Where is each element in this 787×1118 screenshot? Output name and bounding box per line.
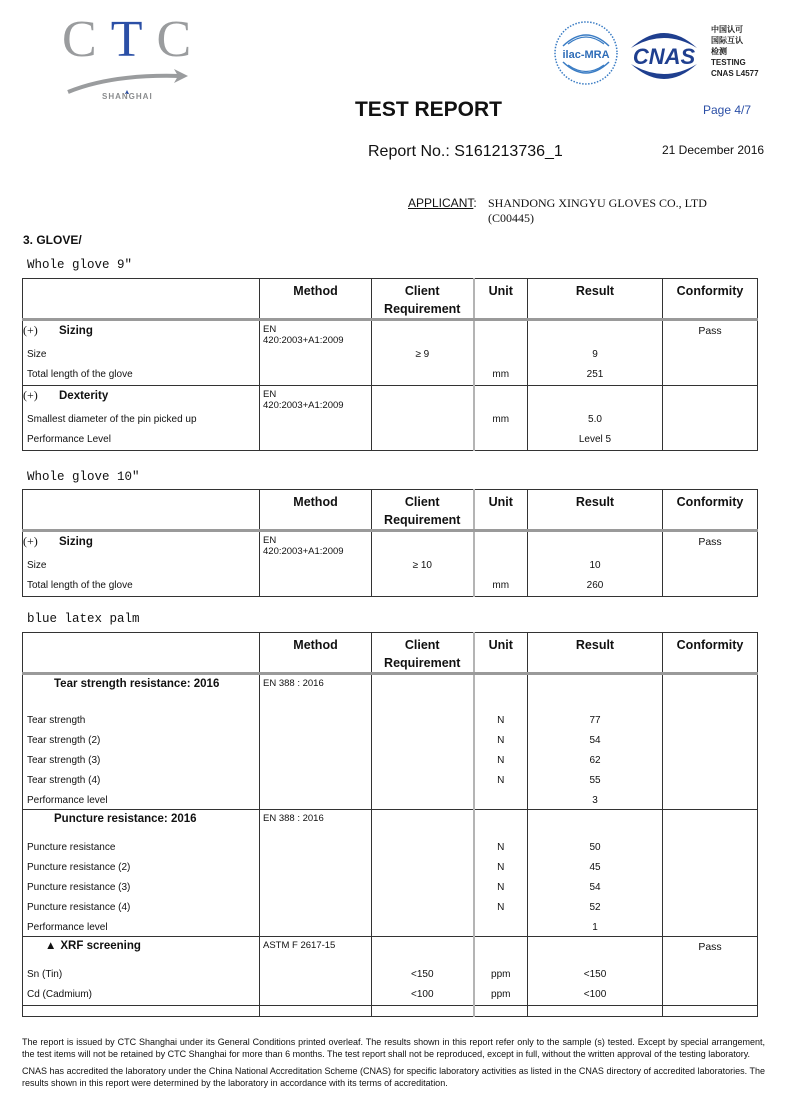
logo-letters: CTC: [62, 14, 205, 66]
group-name: Sizing: [59, 325, 93, 337]
logo-letter-c1: C: [62, 11, 111, 68]
client-requirement-cell: ≥ 9: [372, 320, 474, 386]
method-text: EN 388 : 2016: [260, 810, 371, 824]
item-label: Performance Level: [23, 430, 259, 450]
group-title: (+)Sizing: [23, 532, 259, 556]
table-subtitle: blue latex palm: [27, 612, 140, 626]
logo-letter-t: T: [111, 11, 157, 68]
value: [475, 918, 528, 936]
spacer: [475, 532, 528, 556]
method-line: EN 388 : 2016: [263, 813, 368, 824]
value: N: [475, 858, 528, 878]
table-header-row: MethodClientRequirementUnitResultConform…: [23, 279, 758, 320]
spacer: [528, 675, 662, 711]
footer-cnas-statement: CNAS has accredited the laboratory under…: [22, 1065, 765, 1089]
client-requirement-cell-lines: ≥ 10: [372, 532, 473, 596]
value: 54: [528, 731, 662, 751]
results-table: MethodClientRequirementUnitResultConform…: [22, 278, 758, 451]
value: N: [475, 838, 528, 858]
report-date: 21 December 2016: [662, 143, 764, 157]
svg-text:ilac-MRA: ilac-MRA: [562, 49, 609, 61]
value: N: [475, 771, 528, 791]
client-requirement-cell-lines: ≥ 9: [372, 321, 473, 385]
spacer: [372, 937, 473, 965]
results-table: MethodClientRequirementUnitResultConform…: [22, 489, 758, 597]
value: ≥ 9: [372, 345, 473, 365]
header-client-line2: Requirement: [372, 511, 473, 529]
group-title: (+)Sizing: [23, 321, 259, 345]
table-group-row: Puncture resistance: 2016Puncture resist…: [23, 810, 758, 937]
item-lines: ▲XRF screeningSn (Tin)Cd (Cadmium): [23, 937, 259, 1005]
unit-cell-lines: mm: [475, 321, 528, 385]
unit-cell-lines: NNNN: [475, 810, 528, 936]
expand-marker: (+): [23, 532, 59, 550]
value: N: [475, 878, 528, 898]
applicant-block: APPLICANT: SHANDONG XINGYU GLOVES CO., L…: [408, 196, 477, 210]
method-cell: EN 388 : 2016: [260, 810, 372, 937]
header-client-line1: Client: [372, 282, 473, 300]
value: 10: [528, 556, 662, 576]
report-number: Report No.: S161213736_1: [368, 143, 563, 161]
item-label: Puncture resistance (3): [23, 878, 259, 898]
item-label: Performance level: [23, 918, 259, 936]
empty-cell: [260, 1006, 372, 1017]
value: 251: [528, 365, 662, 385]
client-requirement-cell-lines: [372, 386, 473, 450]
value: 52: [528, 898, 662, 918]
item-label: Tear strength (3): [23, 751, 259, 771]
value: [372, 791, 473, 809]
spacer: [475, 937, 528, 965]
conformity-value: Pass: [663, 321, 757, 338]
result-cell: 504554521: [528, 810, 663, 937]
value: ≥ 10: [372, 556, 473, 576]
item-cell: Tear strength resistance: 2016Tear stren…: [23, 674, 260, 810]
item-label: Tear strength (4): [23, 771, 259, 791]
client-requirement-cell: [372, 810, 474, 937]
value: mm: [475, 365, 528, 385]
header-result: Result: [528, 490, 663, 531]
applicant-colon: :: [473, 196, 476, 210]
conformity-cell: [663, 674, 758, 810]
value: [372, 576, 473, 596]
spacer: [475, 810, 528, 838]
cnas-line: 中国认可: [711, 24, 759, 35]
unit-cell-lines: mm: [475, 532, 528, 596]
method-line: 420:2003+A1:2009: [263, 335, 368, 346]
method-line: EN: [263, 535, 368, 546]
header-conformity: Conformity: [663, 633, 758, 674]
value: [372, 771, 473, 791]
item-cell: (+)SizingSizeTotal length of the glove: [23, 320, 260, 386]
group-title: Tear strength resistance: 2016: [23, 675, 224, 711]
item-label: Tear strength: [23, 711, 259, 731]
item-lines: (+)SizingSizeTotal length of the glove: [23, 532, 259, 596]
table-group-row: (+)DexteritySmallest diameter of the pin…: [23, 386, 758, 451]
unit-cell: mm: [474, 320, 528, 386]
unit-cell: NNNN: [474, 674, 528, 810]
header-result: Result: [528, 633, 663, 674]
conformity-cell: [663, 386, 758, 451]
method-line: 420:2003+A1:2009: [263, 400, 368, 411]
item-label: Size: [23, 345, 259, 365]
item-cell: (+)DexteritySmallest diameter of the pin…: [23, 386, 260, 451]
cnas-line: CNAS L4577: [711, 68, 759, 79]
result-cell-lines: 504554521: [528, 810, 662, 936]
cnas-line: 检测: [711, 46, 759, 57]
header-unit: Unit: [474, 633, 528, 674]
empty-cell: [663, 1006, 758, 1017]
result-cell-lines: 9251: [528, 321, 662, 385]
spacer: [475, 386, 528, 410]
table-header-row: MethodClientRequirementUnitResultConform…: [23, 633, 758, 674]
unit-cell-lines: NNNN: [475, 675, 528, 809]
item-cell: (+)SizingSizeTotal length of the glove: [23, 531, 260, 597]
header-item: [23, 633, 260, 674]
header-client-requirement: ClientRequirement: [372, 633, 474, 674]
method-text: ASTM F 2617-15: [260, 937, 371, 951]
value: 55: [528, 771, 662, 791]
group-title: (+)Dexterity: [23, 386, 259, 410]
header-method: Method: [260, 633, 372, 674]
group-name: Dexterity: [59, 390, 108, 402]
header-client-line1: Client: [372, 636, 473, 654]
method-line: EN 388 : 2016: [263, 678, 368, 689]
header-conformity: Conformity: [663, 279, 758, 320]
conformity-value: [663, 386, 757, 389]
table-subtitle: Whole glove 10″: [27, 470, 140, 484]
unit-cell: mm: [474, 386, 528, 451]
item-label: Size: [23, 556, 259, 576]
value: 5.0: [528, 410, 662, 430]
section-title: 3. GLOVE/: [23, 233, 82, 247]
value: 9: [528, 345, 662, 365]
result-cell: 5.0Level 5: [528, 386, 663, 451]
result-cell-lines: 10260: [528, 532, 662, 596]
item-lines: (+)SizingSizeTotal length of the glove: [23, 321, 259, 385]
expand-marker: (+): [23, 386, 59, 404]
item-label: Tear strength (2): [23, 731, 259, 751]
unit-cell: NNNN: [474, 810, 528, 937]
value: ppm: [475, 985, 528, 1005]
value: [372, 365, 473, 385]
value: 1: [528, 918, 662, 936]
table-group-row: (+)SizingSizeTotal length of the gloveEN…: [23, 320, 758, 386]
applicant-label: APPLICANT: [408, 196, 473, 210]
item-label: Puncture resistance (4): [23, 898, 259, 918]
item-label: Total length of the glove: [23, 365, 259, 385]
method-line: EN: [263, 324, 368, 335]
value: <150: [528, 965, 662, 985]
header-unit: Unit: [474, 279, 528, 320]
value: 260: [528, 576, 662, 596]
item-lines: Puncture resistance: 2016Puncture resist…: [23, 810, 259, 936]
cnas-accreditation-text: 中国认可 国际互认 检测 TESTING CNAS L4577: [711, 24, 759, 79]
applicant-value: SHANDONG XINGYU GLOVES CO., LTD (C00445): [488, 196, 707, 226]
spacer: [528, 386, 662, 410]
value: [475, 345, 528, 365]
value: Level 5: [528, 430, 662, 450]
conformity-value: [663, 810, 757, 813]
spacer: [372, 386, 473, 410]
header-client-requirement: ClientRequirement: [372, 279, 474, 320]
accreditation-logos: ilac-MRA CNAS 中国认可 国际互认 检测 TESTING CNAS …: [553, 18, 768, 88]
header-item: [23, 490, 260, 531]
header-client-line2: Requirement: [372, 300, 473, 318]
value: mm: [475, 410, 528, 430]
item-label: Puncture resistance: [23, 838, 259, 858]
value: mm: [475, 576, 528, 596]
item-lines: Tear strength resistance: 2016Tear stren…: [23, 675, 259, 809]
client-requirement-cell-lines: <150<100: [372, 937, 473, 1005]
header-method: Method: [260, 490, 372, 531]
group-title: Puncture resistance: 2016: [23, 810, 259, 838]
client-requirement-cell-lines: [372, 675, 473, 809]
table-group-row: (+)SizingSizeTotal length of the gloveEN…: [23, 531, 758, 597]
header-unit: Unit: [474, 490, 528, 531]
logo-arrow-icon: [62, 64, 192, 94]
result-cell-lines: 5.0Level 5: [528, 386, 662, 450]
method-text: EN 388 : 2016: [260, 675, 371, 689]
item-label: Sn (Tin): [23, 965, 259, 985]
footer-conditions: The report is issued by CTC Shanghai und…: [22, 1036, 765, 1060]
value: [372, 430, 473, 450]
group-name: Sizing: [59, 536, 93, 548]
spacer: [372, 675, 473, 711]
conformity-value: Pass: [663, 532, 757, 549]
value: 62: [528, 751, 662, 771]
footer-disclaimer: The report is issued by CTC Shanghai und…: [22, 1036, 765, 1094]
triangle-icon: ▲: [45, 940, 56, 952]
value: 50: [528, 838, 662, 858]
table-group-row: Tear strength resistance: 2016Tear stren…: [23, 674, 758, 810]
empty-cell: [474, 1006, 528, 1017]
item-label: Total length of the glove: [23, 576, 259, 596]
client-requirement-cell: [372, 386, 474, 451]
conformity-cell: Pass: [663, 937, 758, 1006]
client-requirement-cell: <150<100: [372, 937, 474, 1006]
value: [372, 898, 473, 918]
spacer: [372, 810, 473, 838]
value: ppm: [475, 965, 528, 985]
method-cell: EN420:2003+A1:2009: [260, 386, 372, 451]
spacer: [528, 321, 662, 345]
item-label: Puncture resistance (2): [23, 858, 259, 878]
item-lines: (+)DexteritySmallest diameter of the pin…: [23, 386, 259, 450]
method-cell: EN 388 : 2016: [260, 674, 372, 810]
result-cell: <150<100: [528, 937, 663, 1006]
header-result: Result: [528, 279, 663, 320]
value: 45: [528, 858, 662, 878]
value: [475, 556, 528, 576]
unit-cell: ppmppm: [474, 937, 528, 1006]
ilac-mra-logo-icon: ilac-MRA: [553, 20, 619, 86]
spacer: [528, 810, 662, 838]
logo-letter-c2: C: [156, 11, 205, 68]
applicant-code: (C00445): [488, 211, 707, 226]
value: [372, 410, 473, 430]
item-cell: ▲XRF screeningSn (Tin)Cd (Cadmium): [23, 937, 260, 1006]
value: N: [475, 751, 528, 771]
spacer: [528, 532, 662, 556]
method-text: EN420:2003+A1:2009: [260, 532, 371, 557]
value: N: [475, 731, 528, 751]
value: [372, 858, 473, 878]
result-cell-lines: 775462553: [528, 675, 662, 809]
method-cell: ASTM F 2617-15: [260, 937, 372, 1006]
table-header-row: MethodClientRequirementUnitResultConform…: [23, 490, 758, 531]
conformity-cell: Pass: [663, 320, 758, 386]
empty-cell: [528, 1006, 663, 1017]
value: [372, 711, 473, 731]
value: 54: [528, 878, 662, 898]
value: N: [475, 898, 528, 918]
method-cell: EN420:2003+A1:2009: [260, 320, 372, 386]
result-cell: 9251: [528, 320, 663, 386]
document-title: TEST REPORT: [0, 98, 787, 122]
method-text: EN420:2003+A1:2009: [260, 386, 371, 411]
result-cell-lines: <150<100: [528, 937, 662, 1005]
table-group-row: ▲XRF screeningSn (Tin)Cd (Cadmium)ASTM F…: [23, 937, 758, 1006]
value: [372, 878, 473, 898]
header-item: [23, 279, 260, 320]
spacer: [372, 321, 473, 345]
value: <150: [372, 965, 473, 985]
table-empty-row: [23, 1006, 758, 1017]
header-client-requirement: ClientRequirement: [372, 490, 474, 531]
spacer: [528, 937, 662, 965]
method-line: EN: [263, 389, 368, 400]
results-table: MethodClientRequirementUnitResultConform…: [22, 632, 758, 1017]
header-client-line1: Client: [372, 493, 473, 511]
value: [372, 731, 473, 751]
cnas-line: 国际互认: [711, 35, 759, 46]
header-conformity: Conformity: [663, 490, 758, 531]
value: N: [475, 711, 528, 731]
spacer: [372, 532, 473, 556]
item-cell: Puncture resistance: 2016Puncture resist…: [23, 810, 260, 937]
empty-cell: [372, 1006, 474, 1017]
item-label: Smallest diameter of the pin picked up: [23, 410, 259, 430]
expand-marker: (+): [23, 321, 59, 339]
cnas-line: TESTING: [711, 57, 759, 68]
unit-cell-lines: ppmppm: [475, 937, 528, 1005]
conformity-cell: Pass: [663, 531, 758, 597]
applicant-name: SHANDONG XINGYU GLOVES CO., LTD: [488, 196, 707, 211]
ctc-shanghai-logo: CTC SHANGHAI: [62, 14, 202, 104]
item-label: Performance level: [23, 791, 259, 809]
item-label: Cd (Cadmium): [23, 985, 259, 1005]
group-name: XRF screening: [60, 940, 141, 952]
result-cell: 775462553: [528, 674, 663, 810]
method-text: EN420:2003+A1:2009: [260, 321, 371, 346]
unit-cell-lines: mm: [475, 386, 528, 450]
conformity-value: [663, 675, 757, 678]
conformity-cell: [663, 810, 758, 937]
value: [372, 838, 473, 858]
unit-cell: mm: [474, 531, 528, 597]
empty-cell: [23, 1006, 260, 1017]
value: [475, 430, 528, 450]
header-method: Method: [260, 279, 372, 320]
table-subtitle: Whole glove 9″: [27, 258, 132, 272]
method-cell: EN420:2003+A1:2009: [260, 531, 372, 597]
value: <100: [528, 985, 662, 1005]
spacer: [475, 321, 528, 345]
value: [372, 918, 473, 936]
client-requirement-cell-lines: [372, 810, 473, 936]
conformity-value: Pass: [663, 937, 757, 954]
method-line: ASTM F 2617-15: [263, 940, 368, 951]
method-line: 420:2003+A1:2009: [263, 546, 368, 557]
value: [372, 751, 473, 771]
client-requirement-cell: ≥ 10: [372, 531, 474, 597]
value: <100: [372, 985, 473, 1005]
value: [475, 791, 528, 809]
value: 3: [528, 791, 662, 809]
svg-text:CNAS: CNAS: [633, 44, 696, 69]
client-requirement-cell: [372, 674, 474, 810]
value: 77: [528, 711, 662, 731]
spacer: [475, 675, 528, 711]
result-cell: 10260: [528, 531, 663, 597]
header-client-line2: Requirement: [372, 654, 473, 672]
group-title: ▲XRF screening: [23, 937, 259, 965]
cnas-logo-icon: CNAS: [625, 24, 703, 86]
